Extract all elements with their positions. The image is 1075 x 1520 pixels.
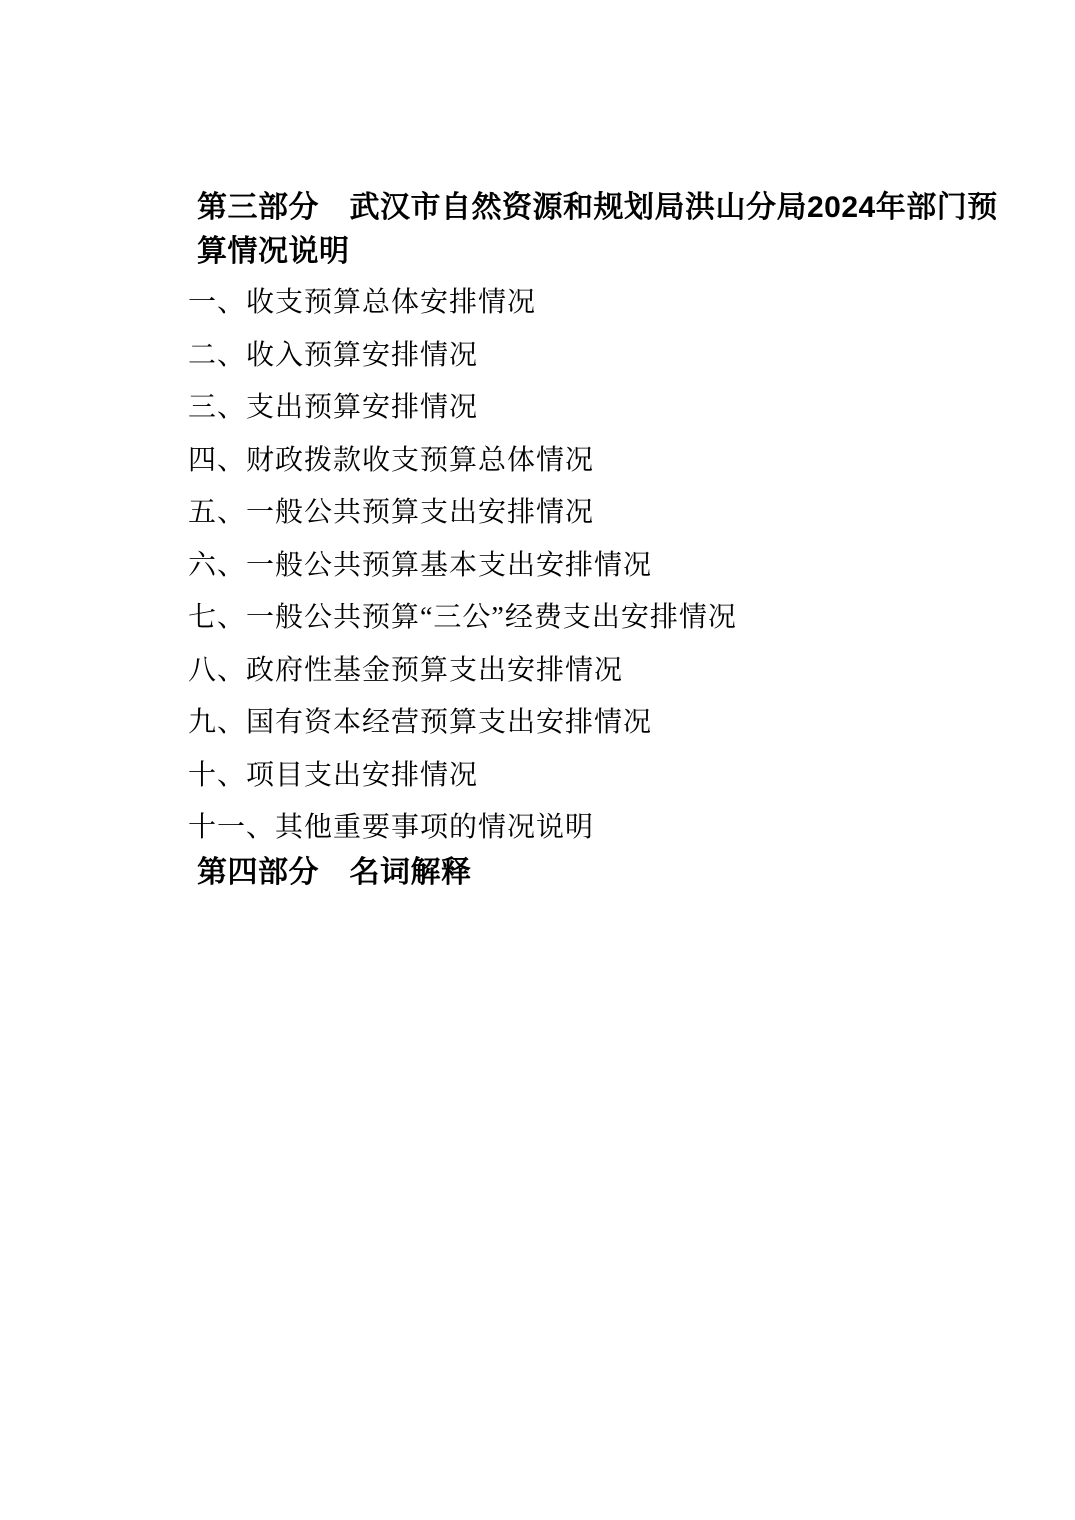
toc-item-3: 三、支出预算安排情况	[188, 382, 978, 435]
toc-item-7: 七、一般公共预算“三公”经费支出安排情况	[188, 592, 978, 645]
document-page: 第三部分 武汉市自然资源和规划局洪山分局2024年部门预 算情况说明 一、收支预…	[0, 0, 1075, 1520]
toc-item-11: 十一、其他重要事项的情况说明	[188, 802, 978, 855]
toc-item-5: 五、一般公共预算支出安排情况	[188, 487, 978, 540]
toc-item-4: 四、财政拨款收支预算总体情况	[188, 435, 978, 488]
toc-item-6: 六、一般公共预算基本支出安排情况	[188, 540, 978, 593]
page-content: 第三部分 武汉市自然资源和规划局洪山分局2024年部门预 算情况说明 一、收支预…	[188, 186, 978, 895]
section-three-heading-line-1: 第三部分 武汉市自然资源和规划局洪山分局2024年部门预	[197, 186, 978, 230]
toc-item-2: 二、收入预算安排情况	[188, 330, 978, 383]
section-four-heading: 第四部分 名词解释	[188, 851, 978, 895]
toc-item-8: 八、政府性基金预算支出安排情况	[188, 645, 978, 698]
toc-item-1: 一、收支预算总体安排情况	[188, 277, 978, 330]
toc-item-9: 九、国有资本经营预算支出安排情况	[188, 697, 978, 750]
section-three-heading: 第三部分 武汉市自然资源和规划局洪山分局2024年部门预 算情况说明	[188, 186, 978, 274]
toc-item-10: 十、项目支出安排情况	[188, 750, 978, 803]
section-three-heading-line-2: 算情况说明	[197, 230, 978, 274]
toc-list: 一、收支预算总体安排情况 二、收入预算安排情况 三、支出预算安排情况 四、财政拨…	[188, 277, 978, 855]
